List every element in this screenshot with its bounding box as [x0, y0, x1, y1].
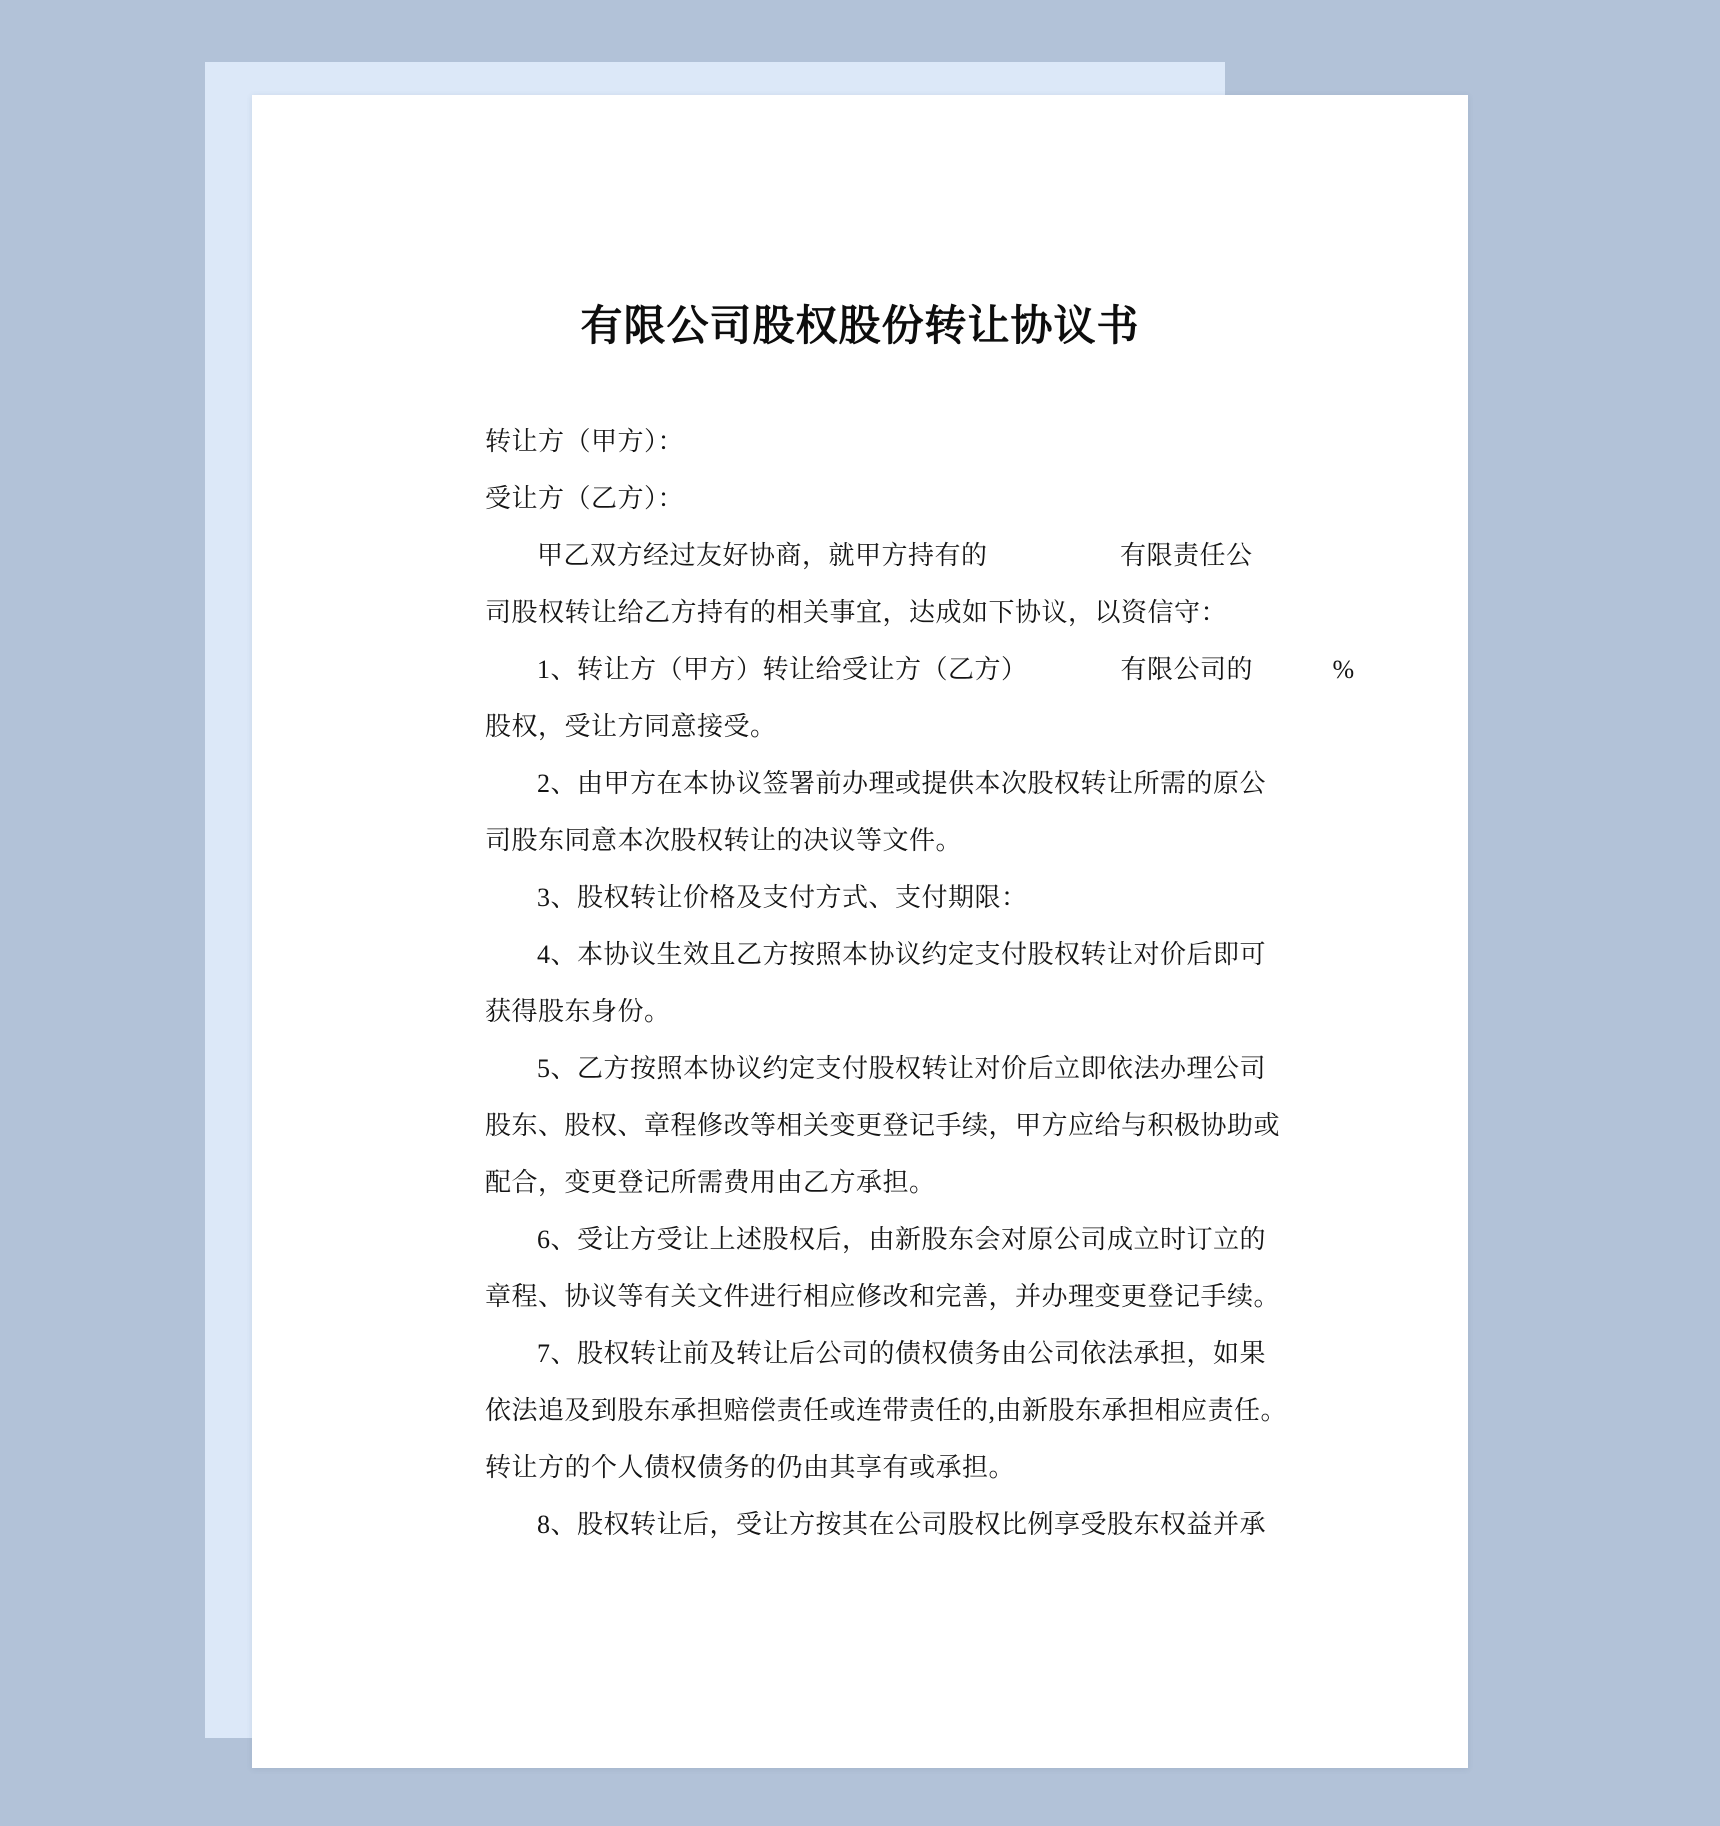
document-line: 司股权转让给乙方持有的相关事宜，达成如下协议，以资信守： [485, 584, 1285, 641]
document-line: 7、股权转让前及转让后公司的债权债务由公司依法承担，如果 [485, 1325, 1285, 1382]
document-line: 甲乙双方经过友好协商，就甲方持有的 有限责任公 [485, 527, 1285, 584]
document-line: 3、股权转让价格及支付方式、支付期限： [485, 869, 1285, 926]
document-line: 5、乙方按照本协议约定支付股权转让对价后立即依法办理公司 [485, 1040, 1285, 1097]
document-line: 获得股东身份。 [485, 983, 1285, 1040]
document-line: 2、由甲方在本协议签署前办理或提供本次股权转让所需的原公 [485, 755, 1285, 812]
document-line: 1、转让方（甲方）转让给受让方（乙方） 有限公司的 % [485, 641, 1285, 698]
document-body: 转让方（甲方）：受让方（乙方）：甲乙双方经过友好协商，就甲方持有的 有限责任公司… [485, 413, 1285, 1553]
document-line: 配合，变更登记所需费用由乙方承担。 [485, 1154, 1285, 1211]
document-line: 转让方的个人债权债务的仍由其享有或承担。 [485, 1439, 1285, 1496]
document-title: 有限公司股权股份转让协议书 [252, 293, 1468, 353]
document-line: 6、受让方受让上述股权后，由新股东会对原公司成立时订立的 [485, 1211, 1285, 1268]
desktop-background: { "document": { "title": "有限公司股权股份转让协议书"… [0, 0, 1720, 1826]
document-line: 8、股权转让后，受让方按其在公司股权比例享受股东权益并承 [485, 1496, 1285, 1553]
document-line: 股东、股权、章程修改等相关变更登记手续，甲方应给与积极协助或 [485, 1097, 1285, 1154]
document-line: 股权，受让方同意接受。 [485, 698, 1285, 755]
document-line: 章程、协议等有关文件进行相应修改和完善，并办理变更登记手续。 [485, 1268, 1285, 1325]
document-line: 受让方（乙方）： [485, 470, 1285, 527]
document-line: 4、本协议生效且乙方按照本协议约定支付股权转让对价后即可 [485, 926, 1285, 983]
document-line: 司股东同意本次股权转让的决议等文件。 [485, 812, 1285, 869]
document-page: 有限公司股权股份转让协议书 转让方（甲方）：受让方（乙方）：甲乙双方经过友好协商… [252, 95, 1468, 1768]
document-line: 转让方（甲方）： [485, 413, 1285, 470]
document-line: 依法追及到股东承担赔偿责任或连带责任的,由新股东承担相应责任。 [485, 1382, 1285, 1439]
